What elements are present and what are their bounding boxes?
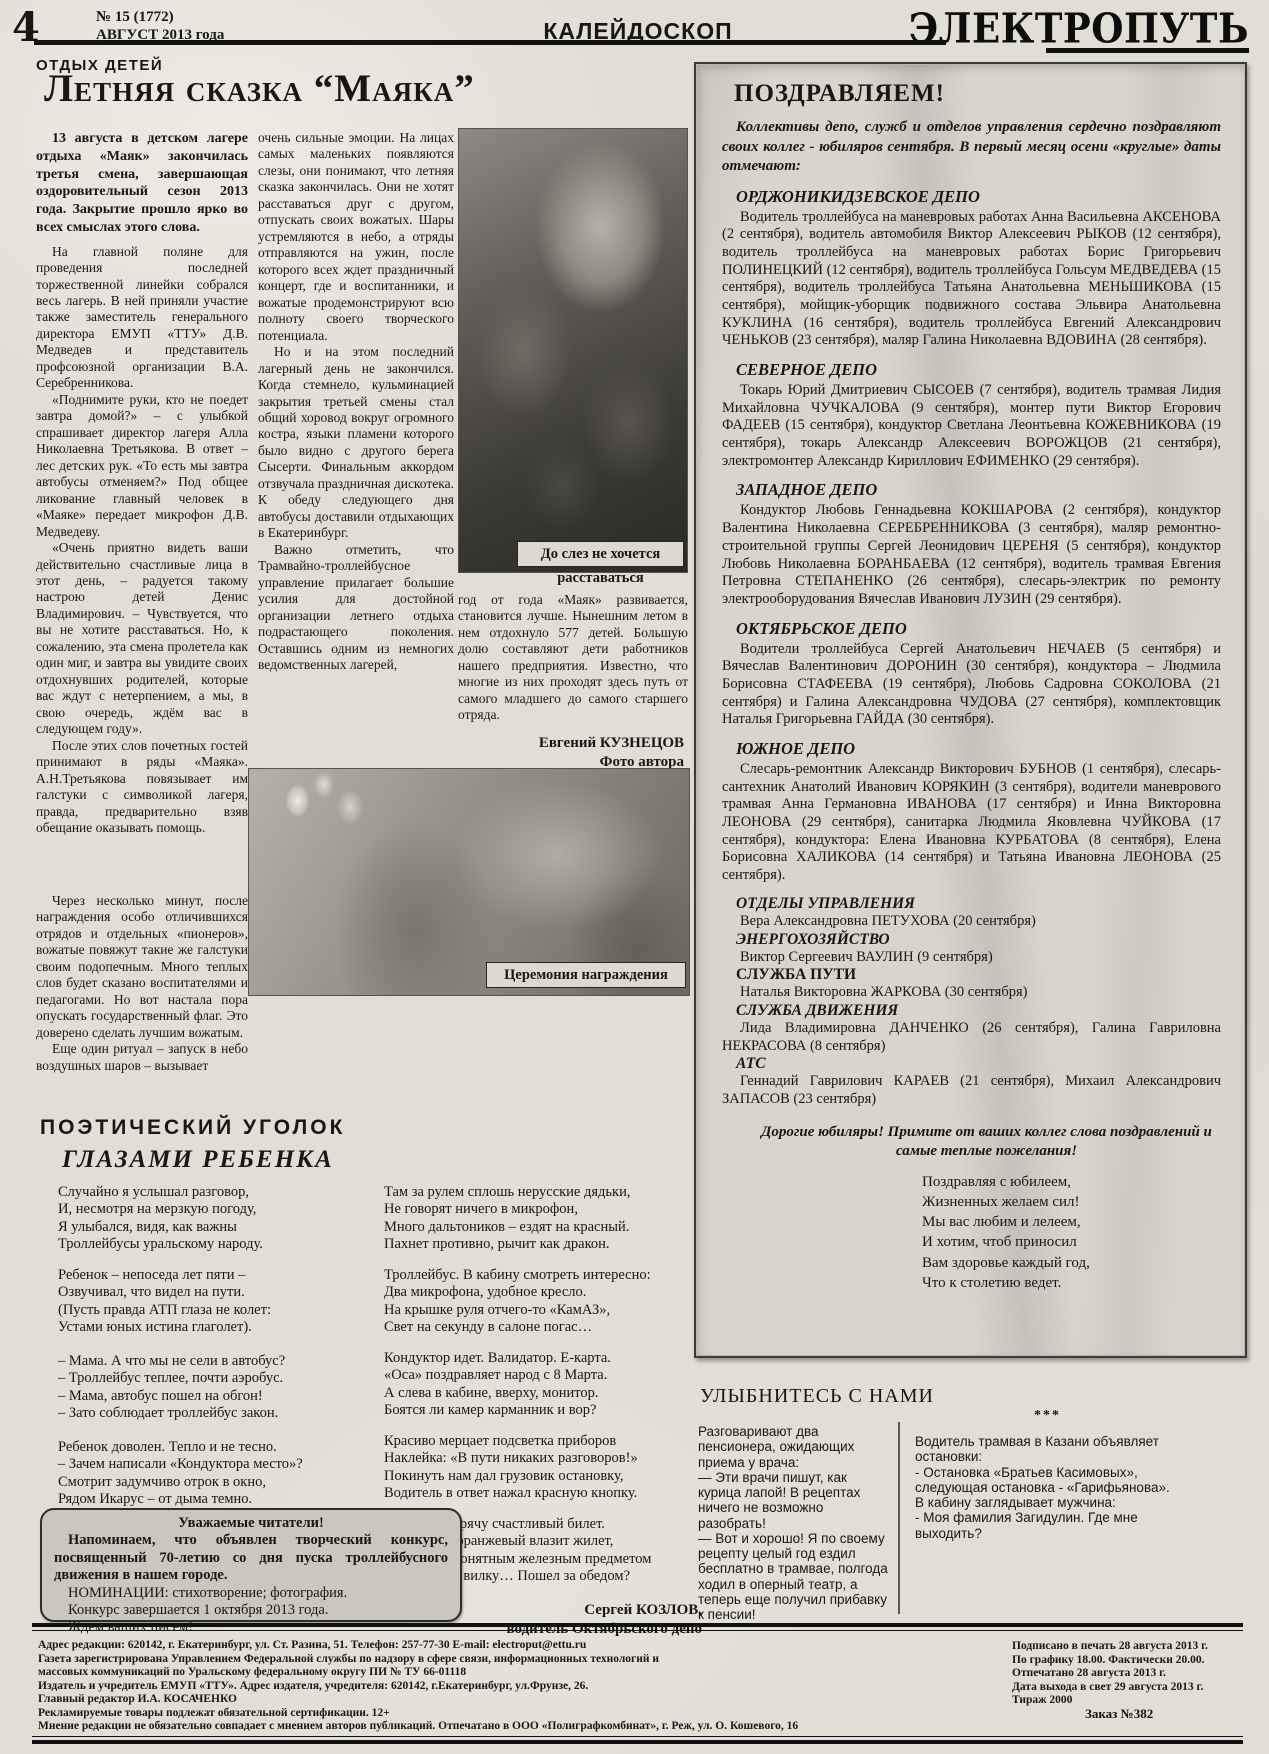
poetry-kicker: ПОЭТИЧЕСКИЙ УГОЛОК: [40, 1116, 345, 1140]
congrats-section-text: Лида Владимировна ДАНЧЕНКО (26 сентября)…: [722, 1020, 1221, 1055]
notice-line: Конкурс завершается 1 октября 2013 года.: [54, 1602, 448, 1619]
congrats-section-heading: АТС: [736, 1055, 1221, 1073]
footer-rule-bottom: [32, 1736, 1243, 1744]
notice-title: Уважаемые читатели!: [54, 1515, 448, 1532]
congrats-section-text: Виктор Сергеевич ВАУЛИН (9 сентября): [722, 949, 1221, 967]
footer-imprint-right: Подписано в печать 28 августа 2013 г. По…: [1012, 1640, 1249, 1708]
article-column-2: очень сильные эмоции. На лицах самых мал…: [258, 130, 454, 765]
poem-stanza: Красиво мерцает подсветка приборов Накле…: [384, 1433, 702, 1502]
notice-box: Уважаемые читатели! Напоминаем, что объя…: [40, 1508, 462, 1622]
poem-stanza: Там за рулем сплошь нерусские дядьки, Не…: [384, 1184, 702, 1253]
poem-column-1: Случайно я услышал разговор, И, несмотря…: [58, 1184, 358, 1522]
header-rule-right: [1046, 48, 1249, 53]
article-paragraph: Но и на этом последний лагерный день не …: [258, 344, 454, 542]
article-byline: Евгений КУЗНЕЦОВ Фото автора: [458, 734, 688, 772]
poem-stanza: Случайно я услышал разговор, И, несмотря…: [58, 1184, 358, 1253]
footer-imprint-left: Адрес редакции: 620142, г. Екатеринбург,…: [38, 1639, 928, 1734]
newspaper-page: 4 № 15 (1772) АВГУСТ 2013 года КАЛЕЙДОСК…: [0, 0, 1269, 1754]
notice-line: НОМИНАЦИИ: стихотворение; фотография.: [54, 1585, 448, 1602]
congrats-section-heading: СЛУЖБА ПУТИ: [736, 966, 1221, 984]
congrats-box: ПОЗДРАВЛЯЕМ! Коллективы депо, служб и от…: [694, 62, 1247, 1358]
joke-column-2: Водитель трамвая в Казани объявляет оста…: [915, 1434, 1183, 1541]
footer-line: Рекламируемые товары подлежат обязательн…: [38, 1707, 928, 1721]
congrats-section: ОКТЯБРЬСКОЕ ДЕПО Водители троллейбуса Се…: [722, 619, 1221, 729]
congrats-section: ОРДЖОНИКИДЗЕВСКОЕ ДЕПО Водитель троллейб…: [722, 187, 1221, 351]
congrats-section: СЛУЖБА ДВИЖЕНИЯ Лида Владимировна ДАНЧЕН…: [722, 1002, 1221, 1055]
joke-column-1: Разговаривают два пенсионера, ожидающих …: [698, 1424, 890, 1622]
issue-info: № 15 (1772) АВГУСТ 2013 года: [96, 8, 224, 44]
photo-children-caption: До слез не хочется расставаться: [517, 541, 684, 567]
congrats-section-heading: ЗАПАДНОЕ ДЕПО: [736, 480, 1221, 500]
article-paragraph: «Поднимите руки, кто не поедет завтра до…: [36, 392, 248, 540]
article-paragraph: На главной поляне для проведения последн…: [36, 244, 248, 392]
congrats-section: ЭНЕРГОХОЗЯЙСТВО Виктор Сергеевич ВАУЛИН …: [722, 931, 1221, 967]
issue-number: № 15 (1772): [96, 8, 224, 26]
article-paragraph: После этих слов почетных гостей принимаю…: [36, 738, 248, 837]
notice-body: Напоминаем, что объявлен творческий конк…: [54, 1532, 448, 1584]
congrats-section-heading: ОТДЕЛЫ УПРАВЛЕНИЯ: [736, 895, 1221, 913]
congrats-section: СЕВЕРНОЕ ДЕПО Токарь Юрий Дмитриевич СЫС…: [722, 360, 1221, 470]
article-byline-name: Евгений КУЗНЕЦОВ: [458, 734, 684, 753]
congrats-section-text: Вера Александровна ПЕТУХОВА (20 сентября…: [722, 913, 1221, 931]
congrats-section-text: Водитель троллейбуса на маневровых работ…: [722, 209, 1221, 351]
footer-line: Главный редактор И.А. КОСАЧЕНКО: [38, 1693, 928, 1707]
footer-line: Газета зарегистрирована Управлением Феде…: [38, 1653, 928, 1667]
article-paragraph: Еще один ритуал – запуск в небо воздушны…: [36, 1041, 248, 1074]
photo-children: До слез не хочется расставаться: [458, 128, 688, 573]
article-lead: 13 августа в детском лагере отдыха «Маяк…: [36, 130, 248, 237]
article-column-3: год от года «Маяк» развивается, становит…: [458, 592, 688, 782]
congrats-section-heading: СЕВЕРНОЕ ДЕПО: [736, 360, 1221, 380]
poem-title: ГЛАЗАМИ РЕБЕНКА: [62, 1146, 334, 1174]
congrats-section-text: Наталья Викторовна ЖАРКОВА (30 сентября): [722, 984, 1221, 1002]
congrats-section: ЮЖНОЕ ДЕПО Слесарь-ремонтник Александр В…: [722, 739, 1221, 885]
footer-line: Мнение редакции не обязательно совпадает…: [38, 1720, 928, 1734]
smile-section-title: УЛЫБНИТЕСЬ С НАМИ: [700, 1385, 934, 1408]
footer-line: Дата выхода в свет 29 августа 2013 г.: [1012, 1681, 1249, 1695]
congrats-section-heading: ОКТЯБРЬСКОЕ ДЕПО: [736, 619, 1221, 639]
article-paragraph: Через несколько минут, после награждения…: [36, 893, 248, 1041]
congrats-section-text: Токарь Юрий Дмитриевич СЫСОЕВ (7 сентябр…: [722, 382, 1221, 470]
joke-column-divider: [898, 1422, 900, 1614]
article-paragraph: «Очень приятно видеть ваши действительно…: [36, 540, 248, 738]
article-title: Летняя сказка “Маяка”: [44, 66, 475, 111]
header-rule-left: [34, 40, 946, 45]
congrats-section-heading: ЮЖНОЕ ДЕПО: [736, 739, 1221, 759]
congrats-section: ОТДЕЛЫ УПРАВЛЕНИЯ Вера Александровна ПЕТ…: [722, 895, 1221, 931]
photo-ceremony: Церемония награждения: [248, 768, 690, 996]
masthead-logo: ЭЛЕКТРОПУТЬ: [909, 3, 1249, 52]
congrats-section-text: Кондуктор Любовь Геннадьевна КОКШАРОВА (…: [722, 502, 1221, 608]
congrats-section-text: Водители троллейбуса Сергей Анатольевич …: [722, 641, 1221, 729]
footer-rule-top: [32, 1623, 1243, 1631]
congrats-section-text: Геннадий Гаврилович КАРАЕВ (21 сентября)…: [722, 1073, 1221, 1108]
article-paragraph: Важно отметить, что Трамвайно-троллейбус…: [258, 542, 454, 674]
article-column-1-continued: Через несколько минут, после награждения…: [36, 893, 248, 1108]
poem-stanza: Троллейбус. В кабину смотреть интересно:…: [384, 1267, 702, 1336]
poem-stanza: Кондуктор идет. Валидатор. Е-карта. «Оса…: [384, 1350, 702, 1419]
footer-line: Подписано в печать 28 августа 2013 г.: [1012, 1640, 1249, 1654]
congrats-section-heading: ЭНЕРГОХОЗЯЙСТВО: [736, 931, 1221, 949]
footer-line: По графику 18.00. Фактически 20.00.: [1012, 1654, 1249, 1668]
congrats-verse: Поздравляя с юбилеем, Жизненных желаем с…: [922, 1172, 1221, 1294]
congrats-section-heading: ОРДЖОНИКИДЗЕВСКОЕ ДЕПО: [736, 187, 1221, 207]
poem-stanza: Ребенок доволен. Тепло и не тесно. – Зач…: [58, 1439, 358, 1508]
poem-stanza: Ребенок – непоседа лет пяти – Озвучивал,…: [58, 1267, 358, 1336]
poem-stanza: – Мама. А что мы не сели в автобус? – Тр…: [58, 1353, 358, 1422]
congrats-title: ПОЗДРАВЛЯЕМ!: [734, 80, 1221, 108]
footer-line: массовых коммуникаций по Уральскому феде…: [38, 1666, 928, 1680]
article-paragraph: год от года «Маяк» развивается, становит…: [458, 592, 688, 724]
footer-line: Адрес редакции: 620142, г. Екатеринбург,…: [38, 1639, 928, 1653]
joke-separator: ***: [915, 1408, 1180, 1424]
order-number: Заказ №382: [1085, 1706, 1153, 1721]
congrats-section: ЗАПАДНОЕ ДЕПО Кондуктор Любовь Геннадьев…: [722, 480, 1221, 608]
congrats-appeal: Дорогие юбиляры! Примите от ваших коллег…: [752, 1123, 1221, 1162]
congrats-intro: Коллективы депо, служб и отделов управле…: [722, 118, 1221, 177]
congrats-section: АТС Геннадий Гаврилович КАРАЕВ (21 сентя…: [722, 1055, 1221, 1108]
congrats-section-heading: СЛУЖБА ДВИЖЕНИЯ: [736, 1002, 1221, 1020]
congrats-section: СЛУЖБА ПУТИ Наталья Викторовна ЖАРКОВА (…: [722, 966, 1221, 1002]
photo-ceremony-caption: Церемония награждения: [486, 962, 686, 988]
article-paragraph: очень сильные эмоции. На лицах самых мал…: [258, 130, 454, 344]
footer-line: Издатель и учредитель ЕМУП «ТТУ». Адрес …: [38, 1680, 928, 1694]
congrats-section-text: Слесарь-ремонтник Александр Викторович Б…: [722, 761, 1221, 885]
footer-line: Отпечатано 28 августа 2013 г.: [1012, 1667, 1249, 1681]
article-column-1: 13 августа в детском лагере отдыха «Маяк…: [36, 130, 248, 882]
